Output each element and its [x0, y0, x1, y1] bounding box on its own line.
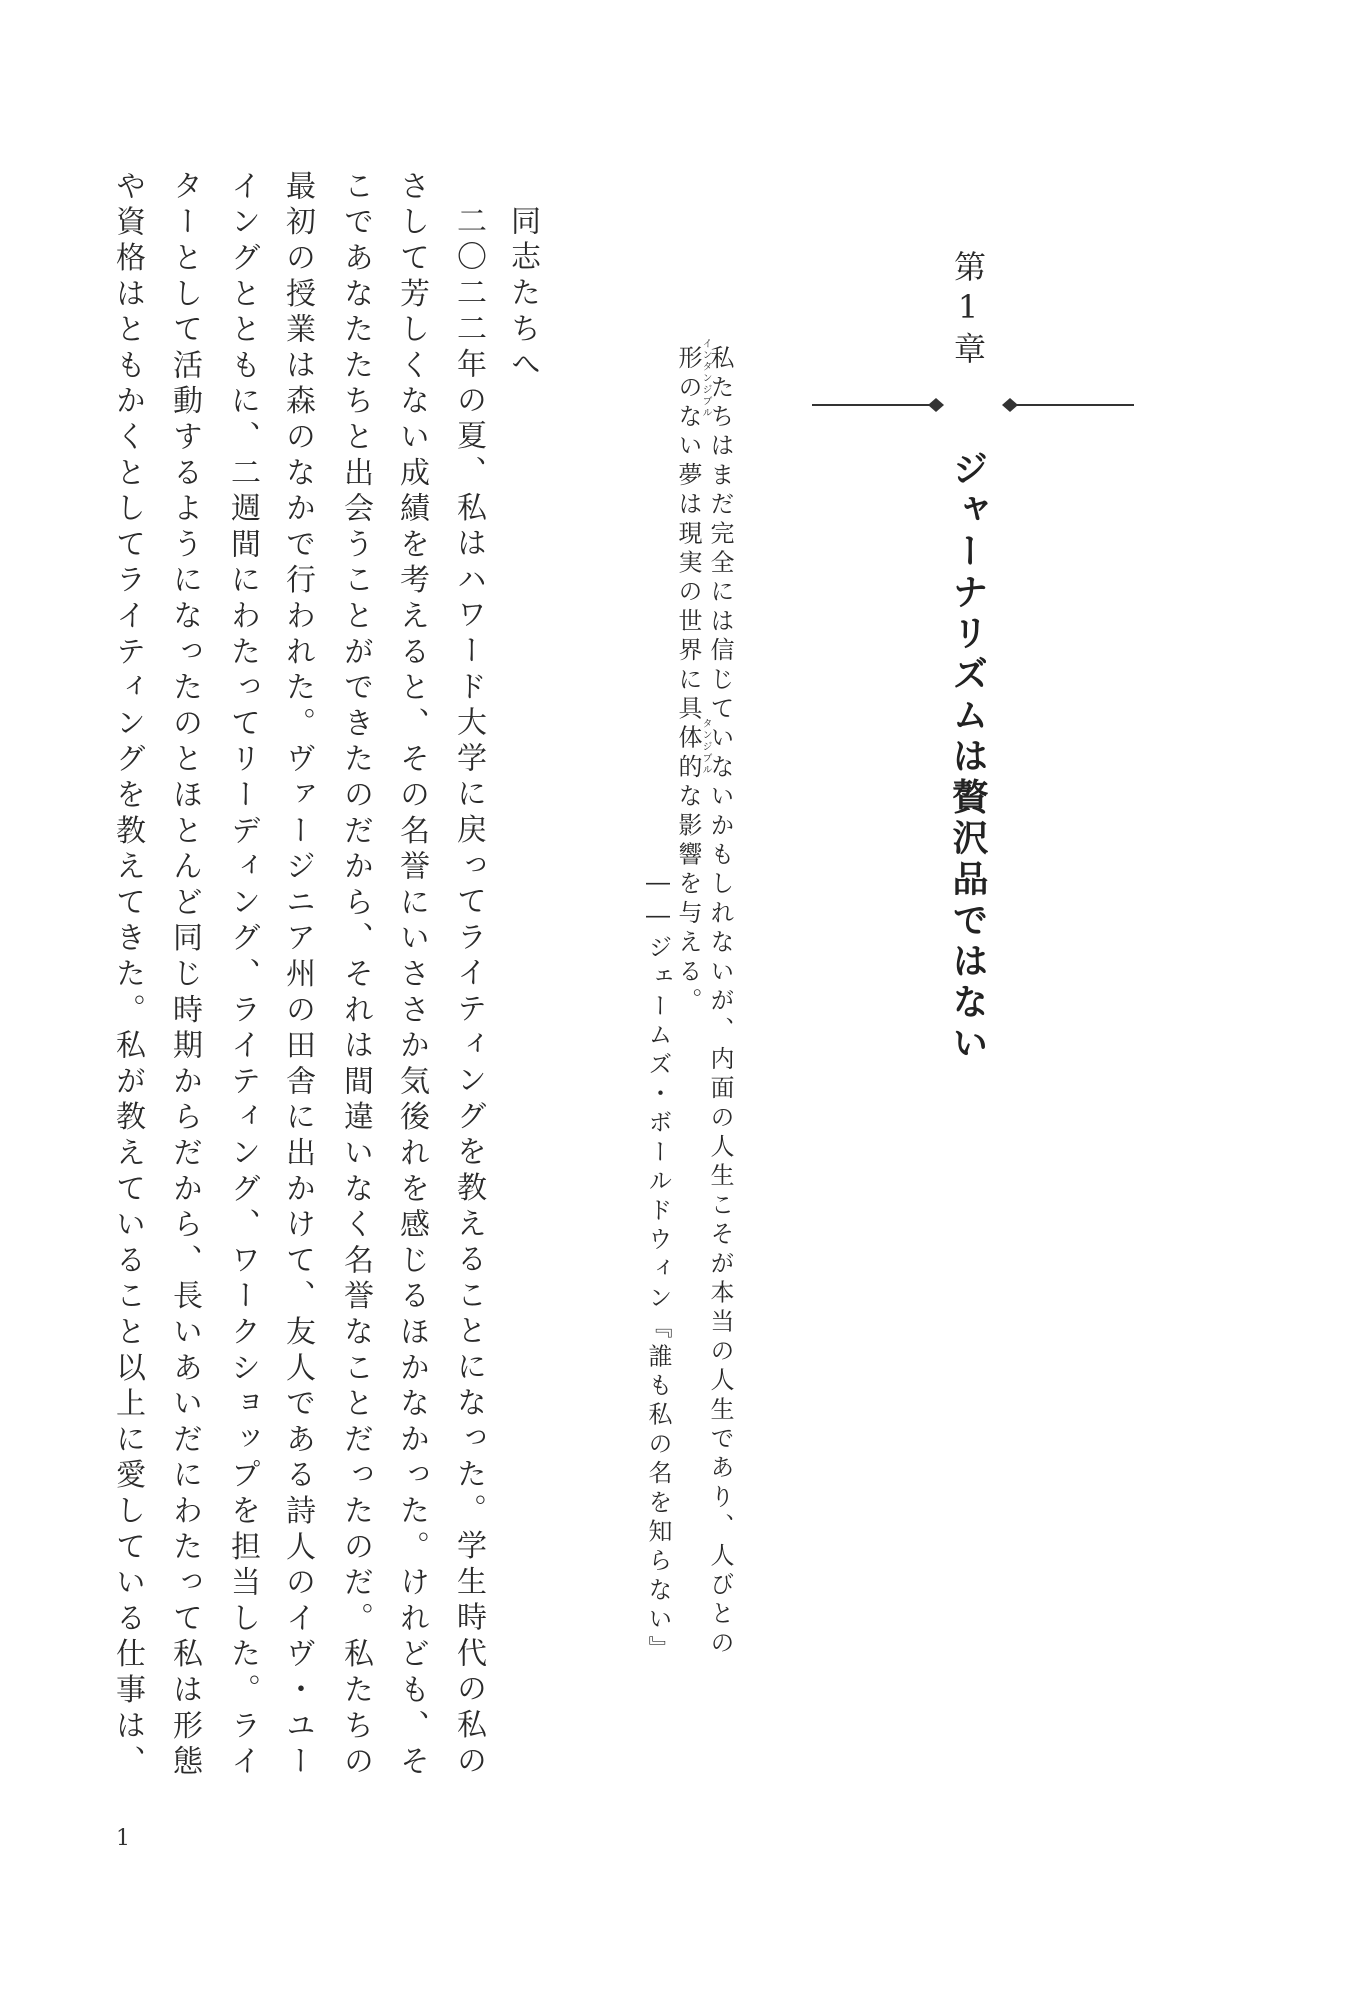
body-column-6: ターとして活動するようになったのとほとんど同じ時期からだから、長いあいだにわたっ… — [169, 170, 199, 1781]
epigraph-attribution: ――ジェームズ・ボールドウィン『誰も私の名を知らない』 — [646, 868, 670, 1664]
epigraph-line-2: 形のない夢は現実の世界に具体的な影響を与える。 — [676, 345, 700, 1017]
body-greeting: 同志たちへ — [507, 205, 537, 384]
page-number: 1 — [116, 1826, 130, 1851]
epigraph-ruby-tangible: タンジブル — [700, 718, 710, 776]
chapter-ornament-divider — [812, 396, 1134, 414]
body-column-7: や資格はともかくとしてライティングを教えてきた。私が教えていること以上に愛してい… — [112, 170, 142, 1781]
chapter-label: 第1章 — [952, 250, 984, 370]
body-column-2: さして芳しくない成績を考えると、その名誉にいささか気後れを感じるほかなかった。け… — [396, 170, 426, 1781]
body-column-5: イングとともに、二週間にわたってリーディング、ライティング、ワークショップを担当… — [227, 170, 257, 1781]
epigraph-line-1: 私たちはまだ完全には信じていないかもしれないが、内面の人生こそが本当の人生であり… — [708, 345, 732, 1659]
body-column-3: こであなたたちと出会うことができたのだから、それは間違いなく名誉なことだったのだ… — [340, 170, 370, 1781]
epigraph-ruby-intangible: インタンジブル — [700, 338, 710, 419]
chapter-title: ジャーナリズムは贅沢品ではない — [950, 450, 986, 1065]
body-column-1: 二〇二二年の夏、私はハワード大学に戻ってライティングを教えることになった。学生時… — [453, 205, 483, 1780]
body-column-4: 最初の授業は森のなかで行われた。ヴァージニア州の田舎に出かけて、友人である詩人の… — [282, 170, 312, 1781]
